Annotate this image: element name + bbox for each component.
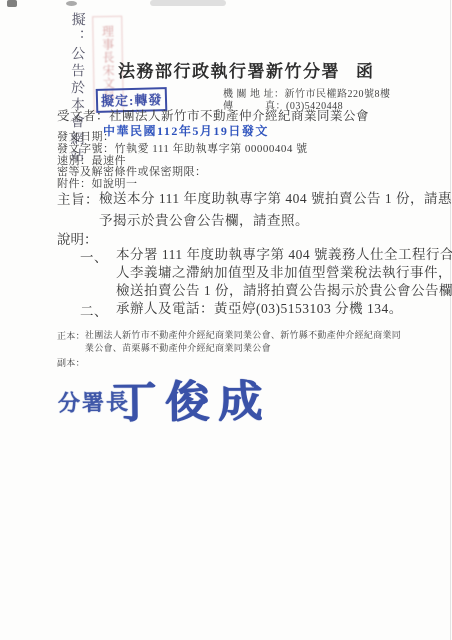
recipient-line: 業公會、苗栗縣不動產仲介經紀商業同業公會	[85, 342, 401, 355]
item-line: 檢送拍賣公告 1 份，請將拍賣公告揭示於貴公會公告欄。	[116, 282, 452, 300]
item-line: 人李義墉之滯納加值型及非加值型營業稅法執行事件，茲	[116, 264, 452, 282]
original-copy-recipients: 社團法人新竹市不動產仲介經紀商業同業公會、新竹縣不動產仲介經紀商業同 業公會、苗…	[85, 329, 401, 354]
scan-smudge	[7, 0, 17, 7]
distribution-original: 正本： 社團法人新竹市不動產仲介經紀商業同業公會、新竹縣不動產仲介經紀商業同 業…	[57, 329, 401, 354]
subject-text: 檢送本分 111 年度助執專字第 404 號拍賣公告 1 份，請惠 予揭示於貴公…	[99, 188, 452, 232]
item-number: 二、	[80, 300, 108, 320]
explanation-item-1: 一、 本分署 111 年度助執專字第 404 號義務人仕全工程行合夥 人李義墉之…	[80, 246, 452, 300]
item-line: 承辦人及電話：黃亞婷(03)5153103 分機 134。	[116, 300, 403, 318]
item-text: 本分署 111 年度助執專字第 404 號義務人仕全工程行合夥 人李義墉之滯納加…	[116, 246, 452, 300]
agency-name: 法務部行政執行署新竹分署	[118, 62, 340, 81]
explanation-label: 說明：	[57, 228, 98, 248]
issue-date-stamp: 中華民國112年5月19日發文	[103, 122, 269, 139]
subject-line: 檢送本分 111 年度助執專字第 404 號拍賣公告 1 份，請惠	[99, 188, 452, 210]
recipient-line: 社團法人新竹市不動產仲介經紀商業同業公會、新竹縣不動產仲介經紀商業同	[85, 329, 401, 342]
item-number: 一、	[80, 246, 108, 266]
item-text: 承辦人及電話：黃亞婷(03)5153103 分機 134。	[116, 300, 403, 318]
scanned-official-letter: 擬：公告於本會網站 理事長宋文科 法務部行政執行署新竹分署函 機 關 地 址：新…	[0, 0, 452, 640]
letterhead-title: 法務部行政執行署新竹分署函	[118, 57, 375, 82]
scan-edge-line	[450, 0, 451, 640]
subject-line: 予揭示於貴公會公告欄，請查照。	[99, 210, 452, 232]
original-copy-label: 正本：	[57, 329, 85, 342]
document-type: 函	[356, 62, 375, 81]
subject-block: 主旨： 檢送本分 111 年度助執專字第 404 號拍賣公告 1 份，請惠 予揭…	[57, 188, 437, 232]
item-line: 本分署 111 年度助執專字第 404 號義務人仕全工程行合夥	[116, 246, 452, 264]
scan-smudge	[66, 1, 77, 6]
explanation-item-2: 二、 承辦人及電話：黃亞婷(03)5153103 分機 134。	[80, 300, 403, 320]
signer-name-signature: 丁俊成	[112, 365, 272, 430]
distribution-copy: 副本：	[57, 356, 85, 369]
subject-label: 主旨：	[57, 188, 99, 208]
scan-smudge	[150, 0, 226, 6]
